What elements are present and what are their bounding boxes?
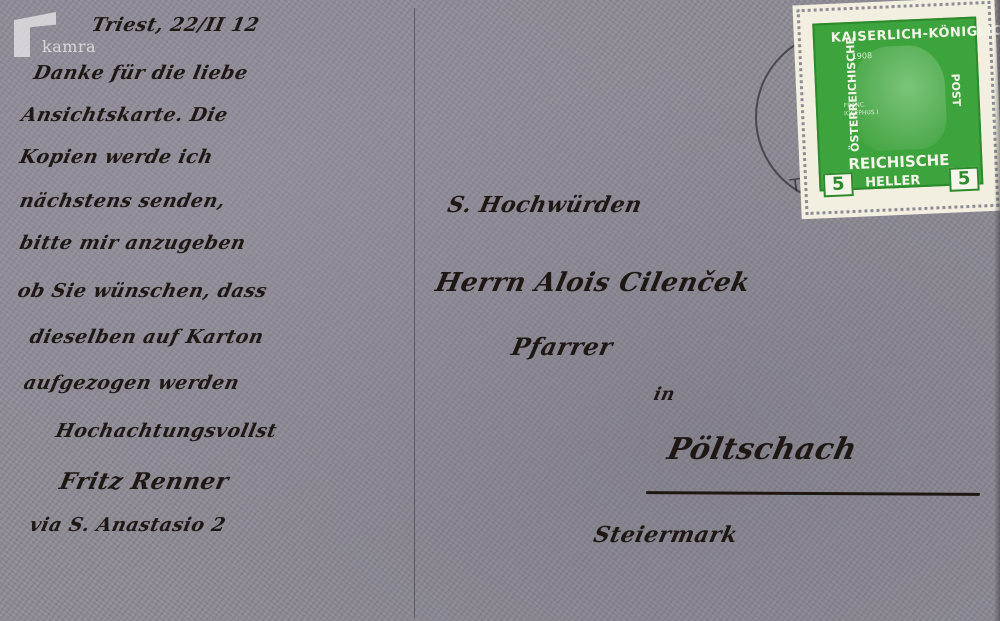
address-salutation: S. Hochwürden <box>445 192 644 218</box>
town-underline <box>646 491 980 496</box>
postcard-back: kamra Triest, 22/II 12 Danke für die lie… <box>0 0 1000 621</box>
address-name: Herrn Alois Cilenček <box>433 268 753 298</box>
message-line: bitte mir anzugeben <box>18 232 248 254</box>
message-signature: Fritz Renner <box>57 468 231 495</box>
address-preposition: in <box>652 384 677 405</box>
message-line: nächstens senden, <box>18 190 228 212</box>
message-line: dieselben auf Karton <box>28 326 266 348</box>
stamp-design: 1908 FRANC. IOSEPHUS I KAISERLICH-KÖNIGL… <box>812 17 983 192</box>
message-date-line: Triest, 22/II 12 <box>90 14 262 36</box>
postcard-divider <box>414 8 415 618</box>
message-line: aufgezogen werden <box>22 372 242 394</box>
message-line: Danke für die liebe <box>32 62 250 84</box>
message-sender-address: via S. Anastasio 2 <box>28 514 228 536</box>
watermark-text: kamra <box>42 37 96 56</box>
stamp-value-left: 5 <box>823 172 854 197</box>
stamp-right-text: POST <box>948 73 962 106</box>
address-region: Steiermark <box>591 522 740 548</box>
message-line: Ansichtskarte. Die <box>20 104 230 126</box>
postage-stamp: 1908 FRANC. IOSEPHUS I KAISERLICH-KÖNIGL… <box>797 1 1000 215</box>
address-title: Pfarrer <box>509 332 616 361</box>
message-closing: Hochachtungsvollst <box>54 420 279 442</box>
card-edge <box>994 0 1000 621</box>
address-town: Pöltschach <box>664 432 860 467</box>
stamp-bottom-text: REICHISCHE <box>848 151 950 173</box>
stamp-value-right: 5 <box>949 167 980 192</box>
stamp-currency: HELLER <box>865 173 921 190</box>
message-line: ob Sie wünschen, dass <box>16 280 270 302</box>
message-line: Kopien werde ich <box>18 146 216 168</box>
